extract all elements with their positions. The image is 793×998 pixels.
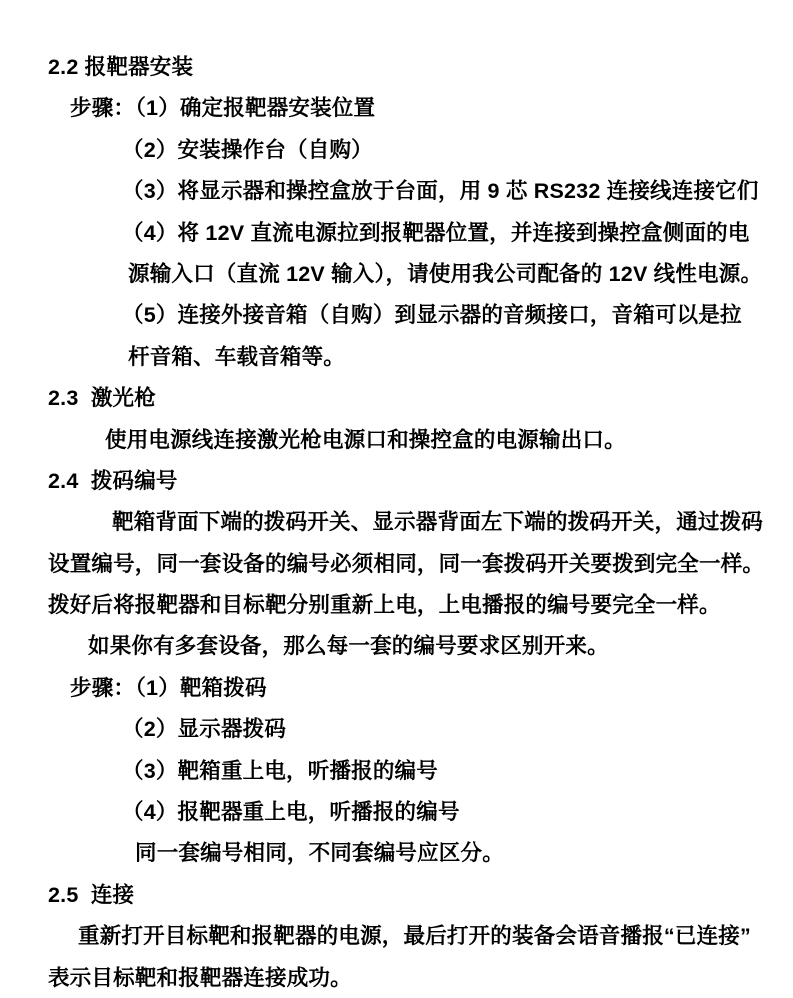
section-heading-2-3: 2.3 激光枪 (48, 378, 765, 419)
section-heading-2-5: 2.5 连接 (48, 875, 765, 916)
step-line: （5）连接外接音箱（自购）到显示器的音频接口，音箱可以是拉 (48, 295, 765, 336)
body-line: 靶箱背面下端的拨码开关、显示器背面左下端的拨码开关，通过拨码 (48, 502, 765, 543)
step-continuation-line: 源输入口（直流 12V 输入），请使用我公司配备的 12V 线性电源。 (48, 254, 765, 295)
document-page: 2.2 报靶器安装 步骤：（1）确定报靶器安装位置 （2）安装操作台（自购） （… (0, 0, 793, 998)
steps-intro-line: 步骤：（1）靶箱拨码 (48, 668, 765, 709)
body-line: 表示目标靶和报靶器连接成功。 (48, 958, 765, 998)
body-line: 设置编号，同一套设备的编号必须相同，同一套拨码开关要拨到完全一样。 (48, 544, 765, 585)
section-heading-2-2: 2.2 报靶器安装 (48, 47, 765, 88)
step-continuation-line: 杆音箱、车载音箱等。 (48, 337, 765, 378)
steps-intro-line: 步骤：（1）确定报靶器安装位置 (48, 88, 765, 129)
body-line: 重新打开目标靶和报靶器的电源，最后打开的装备会语音播报“已连接” (48, 916, 765, 957)
section-heading-2-4: 2.4 拨码编号 (48, 461, 765, 502)
step-line: （2）显示器拨码 (48, 709, 765, 750)
step-line: （2）安装操作台（自购） (48, 130, 765, 171)
step-line: （4）报靶器重上电，听播报的编号 (48, 792, 765, 833)
body-line: 如果你有多套设备，那么每一套的编号要求区别开来。 (48, 626, 765, 667)
body-line: 使用电源线连接激光枪电源口和操控盒的电源输出口。 (48, 420, 765, 461)
step-note-line: 同一套编号相同，不同套编号应区分。 (48, 833, 765, 874)
step-line: （3）将显示器和操控盒放于台面，用 9 芯 RS232 连接线连接它们 (48, 171, 765, 212)
step-line: （3）靶箱重上电，听播报的编号 (48, 751, 765, 792)
body-line: 拨好后将报靶器和目标靶分别重新上电，上电播报的编号要完全一样。 (48, 585, 765, 626)
step-line: （4）将 12V 直流电源拉到报靶器位置，并连接到操控盒侧面的电 (48, 213, 765, 254)
